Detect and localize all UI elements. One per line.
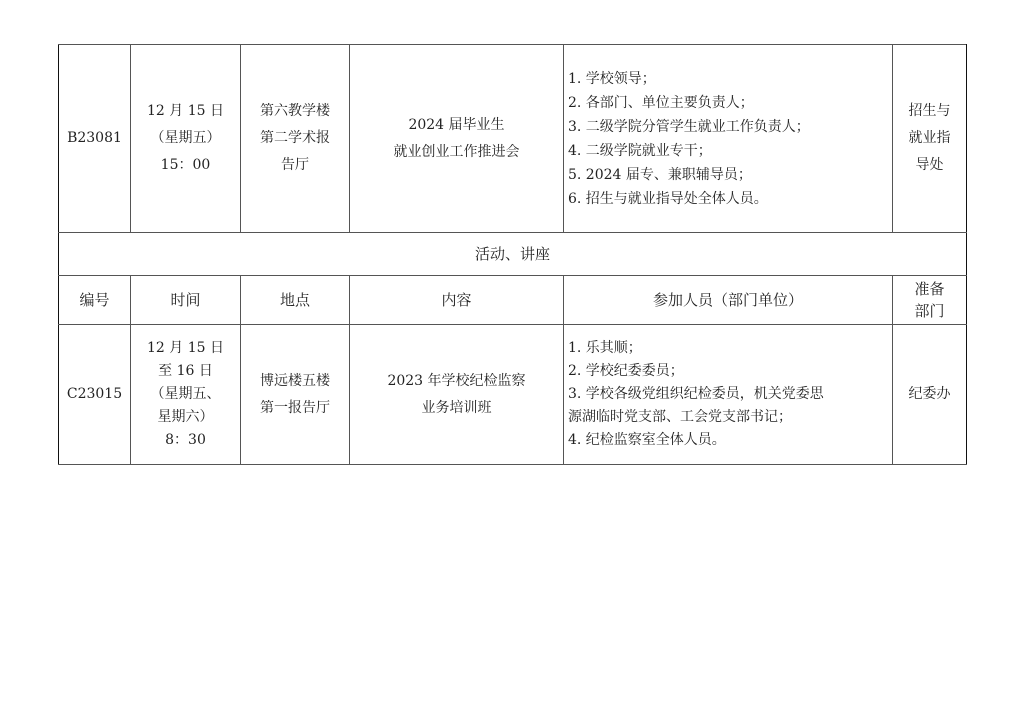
- attendee-item: 4. 二级学院就业专干；: [568, 139, 892, 163]
- col-header-dept: 准备 部门: [893, 276, 967, 325]
- dept-line: 就业指: [893, 125, 966, 152]
- content-line: 2023 年学校纪检监察: [350, 368, 563, 395]
- location-line: 第六教学楼: [241, 98, 349, 125]
- attendee-item: 1. 乐其顺；: [568, 337, 892, 360]
- col-header-location: 地点: [241, 276, 350, 325]
- cell-dept: 纪委办: [893, 325, 967, 465]
- cell-id: C23015: [59, 325, 131, 465]
- attendee-item: 3. 二级学院分管学生就业工作负责人；: [568, 115, 892, 139]
- attendee-item: 源湖临时党支部、工会党支部书记；: [568, 406, 892, 429]
- attendee-item: 6. 招生与就业指导处全体人员。: [568, 187, 892, 211]
- cell-location: 第六教学楼 第二学术报 告厅: [241, 45, 350, 233]
- cell-time: 12 月 15 日 （星期五） 15：00: [131, 45, 241, 233]
- section-title: 活动、讲座: [59, 233, 967, 276]
- col-header-attendees: 参加人员（部门单位）: [564, 276, 893, 325]
- col-header-id: 编号: [59, 276, 131, 325]
- content-line: 业务培训班: [350, 395, 563, 422]
- time-line: （星期五）: [131, 125, 240, 152]
- time-line: 12 月 15 日: [131, 98, 240, 125]
- table-row-meeting: B23081 12 月 15 日 （星期五） 15：00 第六教学楼 第二学术报…: [59, 45, 967, 233]
- time-line: 至 16 日: [131, 360, 240, 383]
- cell-id: B23081: [59, 45, 131, 233]
- time-line: 12 月 15 日: [131, 337, 240, 360]
- attendee-item: 2. 学校纪委委员；: [568, 360, 892, 383]
- col-header-content: 内容: [350, 276, 564, 325]
- attendee-item: 4. 纪检监察室全体人员。: [568, 429, 892, 452]
- table-row-activity: C23015 12 月 15 日 至 16 日 （星期五、 星期六） 8：30 …: [59, 325, 967, 465]
- attendee-item: 2. 各部门、单位主要负责人；: [568, 91, 892, 115]
- location-line: 第一报告厅: [241, 395, 349, 422]
- location-line: 博远楼五楼: [241, 368, 349, 395]
- cell-attendees: 1. 学校领导； 2. 各部门、单位主要负责人； 3. 二级学院分管学生就业工作…: [564, 45, 893, 233]
- dept-line: 招生与: [893, 98, 966, 125]
- time-line: 15：00: [131, 152, 240, 179]
- cell-time: 12 月 15 日 至 16 日 （星期五、 星期六） 8：30: [131, 325, 241, 465]
- content-line: 就业创业工作推进会: [350, 139, 563, 166]
- content-line: 2024 届毕业生: [350, 112, 563, 139]
- time-line: 8：30: [131, 429, 240, 452]
- dept-header-line: 准备: [893, 278, 966, 300]
- dept-line: 导处: [893, 152, 966, 179]
- cell-location: 博远楼五楼 第一报告厅: [241, 325, 350, 465]
- col-header-time: 时间: [131, 276, 241, 325]
- attendee-item: 1. 学校领导；: [568, 67, 892, 91]
- dept-header-line: 部门: [893, 300, 966, 322]
- cell-attendees: 1. 乐其顺； 2. 学校纪委委员； 3. 学校各级党组织纪检委员，机关党委思 …: [564, 325, 893, 465]
- cell-content: 2023 年学校纪检监察 业务培训班: [350, 325, 564, 465]
- section-header-row: 活动、讲座: [59, 233, 967, 276]
- column-header-row: 编号 时间 地点 内容 参加人员（部门单位） 准备 部门: [59, 276, 967, 325]
- attendee-item: 5. 2024 届专、兼职辅导员；: [568, 163, 892, 187]
- time-line: （星期五、: [131, 383, 240, 406]
- cell-dept: 招生与 就业指 导处: [893, 45, 967, 233]
- time-line: 星期六）: [131, 406, 240, 429]
- location-line: 第二学术报: [241, 125, 349, 152]
- attendee-item: 3. 学校各级党组织纪检委员，机关党委思: [568, 383, 892, 406]
- schedule-table: B23081 12 月 15 日 （星期五） 15：00 第六教学楼 第二学术报…: [58, 44, 967, 465]
- cell-content: 2024 届毕业生 就业创业工作推进会: [350, 45, 564, 233]
- location-line: 告厅: [241, 152, 349, 179]
